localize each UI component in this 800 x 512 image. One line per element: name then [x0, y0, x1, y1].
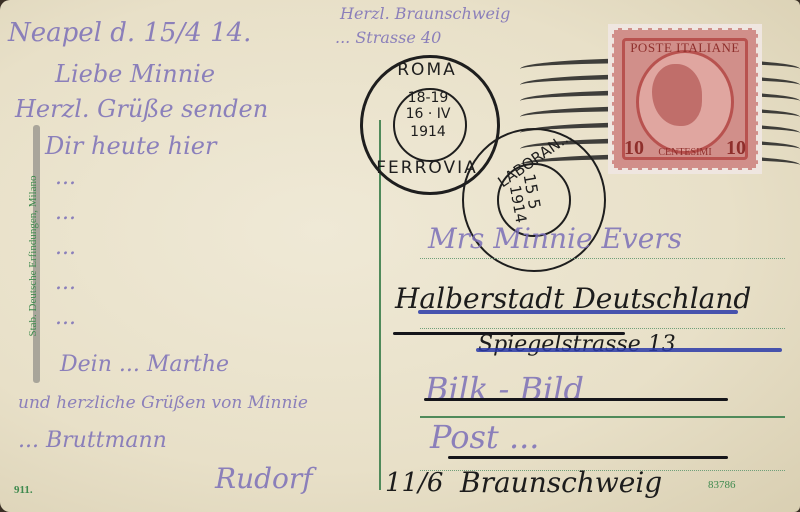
stamp-bottom-text: CENTESIMI: [614, 147, 756, 158]
recipient-name: Mrs Minnie Evers: [428, 222, 682, 255]
message-line-10: Dein ... Marthe: [60, 352, 229, 377]
message-line-12: ... Bruttmann: [18, 428, 167, 453]
address-struck-2: Spiegelstrasse 13: [478, 332, 676, 357]
card-number: 911.: [14, 484, 33, 496]
message-line-2: Liebe Minnie: [55, 60, 215, 88]
message-line-3: Herzl. Grüße senden: [15, 95, 268, 123]
message-line-7: ...: [55, 235, 76, 260]
roma-postmark-year: 1914: [393, 124, 463, 140]
address-line: [420, 258, 785, 259]
forward-date: 11/6: [385, 468, 443, 498]
roma-postmark-top: ROMA: [380, 60, 474, 80]
printer-imprint: Stab. Deutsche Erfindungen, Milano: [27, 141, 39, 371]
forward-city: Braunschweig: [460, 466, 662, 499]
message-line-5: ...: [55, 165, 76, 190]
plate-number: 83786: [708, 479, 736, 491]
message-line-1: Neapel d. 15/4 14.: [8, 18, 251, 48]
message-line-4: Dir heute hier: [45, 132, 216, 160]
address-struck-3: Bilk - Bild: [425, 370, 584, 408]
postage-stamp: POSTE ITALIANE 10 10 CENTESIMI: [612, 28, 758, 170]
postcard: Neapel d. 15/4 14. Liebe Minnie Herzl. G…: [0, 0, 800, 512]
sender-note-2: ... Strasse 40: [335, 28, 441, 47]
stamp-top-text: POSTE ITALIANE: [614, 40, 756, 56]
strikethrough: [418, 310, 738, 314]
message-line-8: ...: [55, 270, 76, 295]
strikethrough: [424, 398, 728, 401]
strikethrough: [448, 456, 728, 459]
roma-postmark-time: 18-19: [393, 90, 463, 106]
signature: Rudorf: [215, 462, 313, 495]
address-struck-4: Post ...: [430, 418, 539, 456]
sender-note-1: Herzl. Braunschweig: [340, 4, 510, 23]
strikethrough: [476, 348, 782, 352]
message-line-6: ...: [55, 200, 76, 225]
message-line-9: ...: [55, 305, 76, 330]
message-line-11: und herzliche Grüßen von Minnie: [18, 393, 308, 413]
address-line: [420, 328, 785, 329]
roma-postmark-date: 16 · IV: [393, 106, 463, 122]
